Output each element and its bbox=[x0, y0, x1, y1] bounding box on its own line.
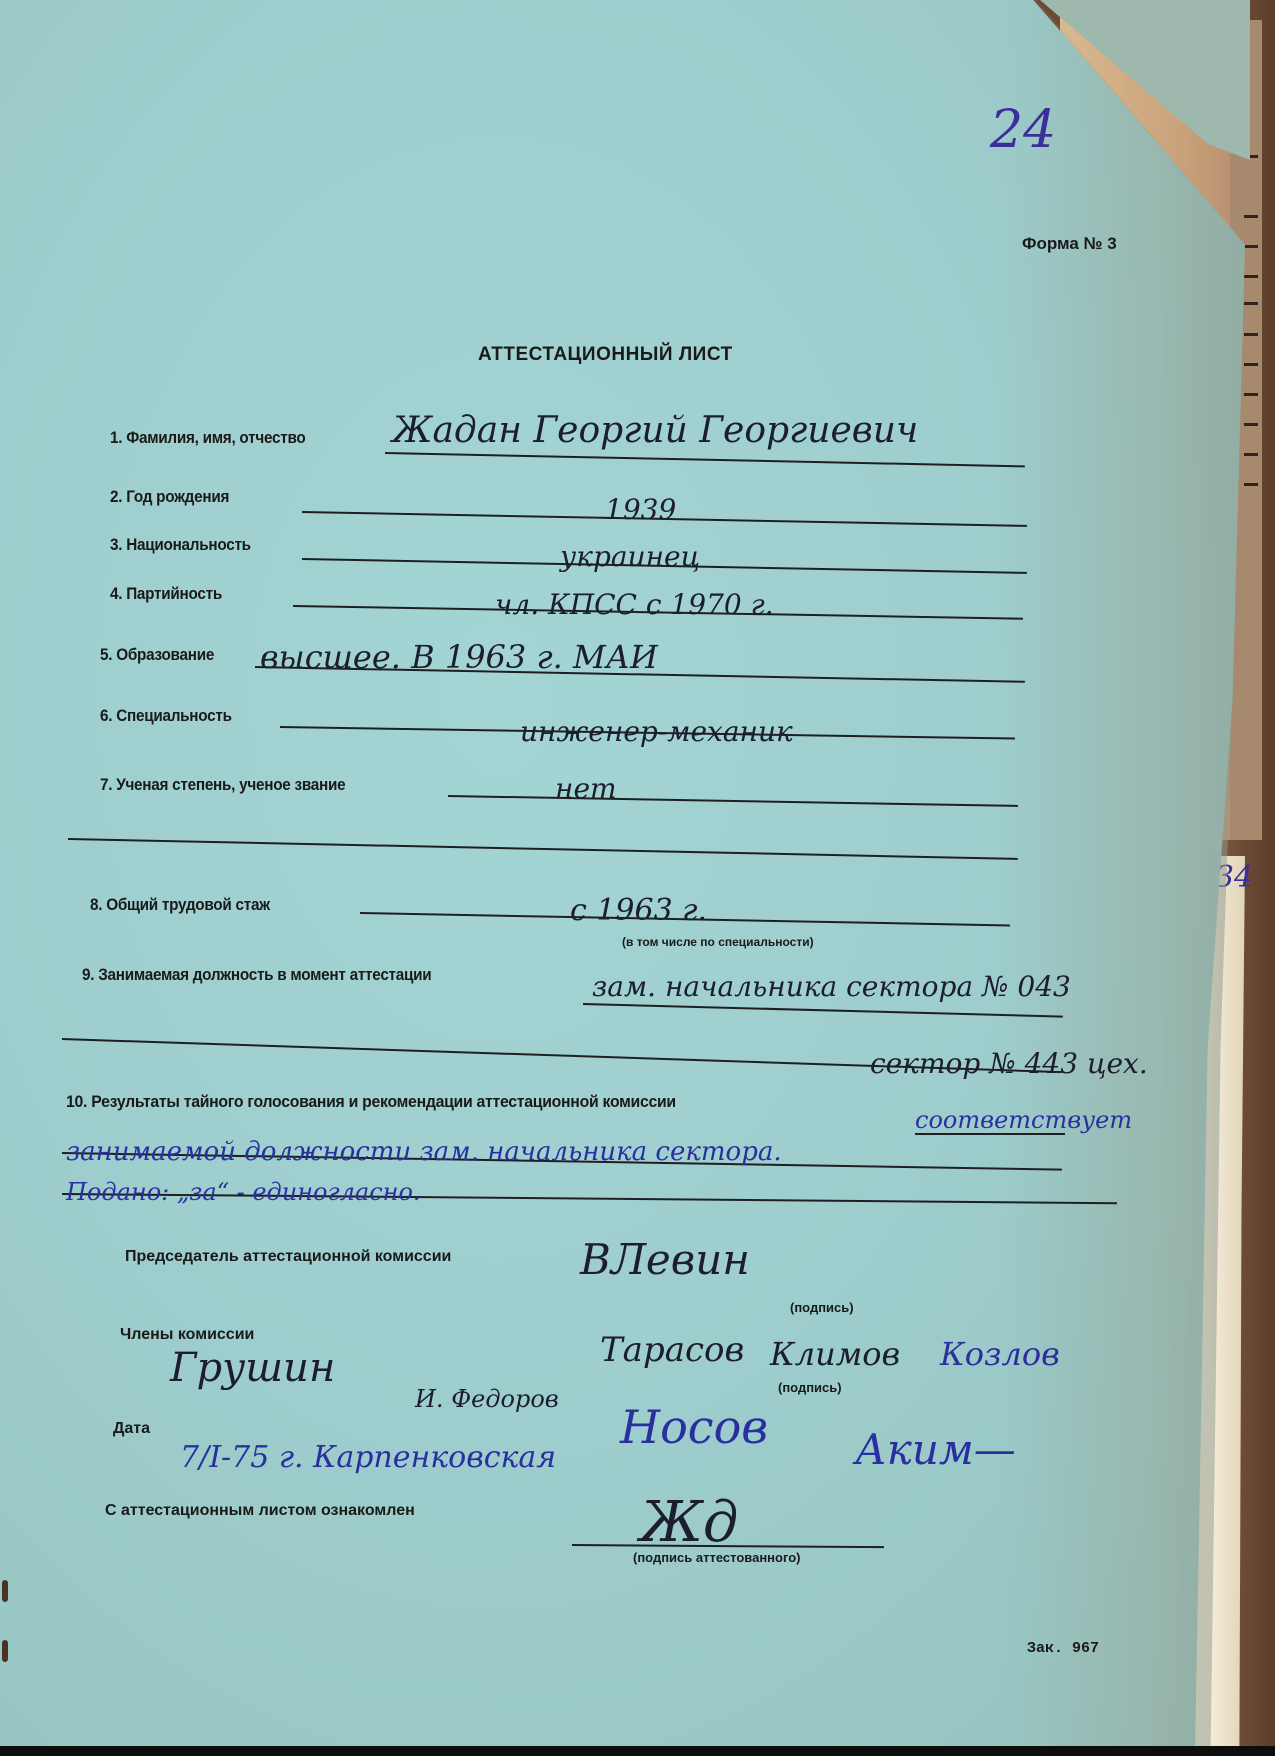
page-tab bbox=[1244, 245, 1258, 248]
field-label-party: 4. Партийность bbox=[110, 584, 222, 604]
binding-staple bbox=[2, 1580, 8, 1602]
chairman-signature-caption: (подпись) bbox=[790, 1300, 854, 1315]
field-value-work-experience[interactable]: с 1963 г. bbox=[570, 893, 707, 928]
field-value-voting-line2[interactable]: занимаемой должности зам. начальника сек… bbox=[66, 1137, 782, 1167]
field-value-specialty[interactable]: инженер-механик bbox=[520, 715, 793, 748]
page-tab bbox=[1244, 302, 1258, 305]
member-signature-6: Носов bbox=[620, 1400, 768, 1454]
form-number: Форма № 3 bbox=[1022, 234, 1117, 254]
acknowledged-signature-caption: (подпись аттестованного) bbox=[633, 1550, 800, 1565]
member-signature-3: Тарасов bbox=[600, 1330, 744, 1370]
members-signature-caption: (подпись) bbox=[778, 1380, 842, 1395]
field-value-birth-year[interactable]: 1939 bbox=[605, 493, 676, 526]
paper-shadow bbox=[1000, 0, 1245, 1746]
field-label-work-experience: 8. Общий трудовой стаж bbox=[90, 895, 270, 915]
page-tab bbox=[1244, 363, 1258, 366]
field-label-birth-year: 2. Год рождения bbox=[110, 487, 229, 507]
date-label: Дата bbox=[113, 1420, 150, 1438]
chairman-label: Председатель аттестационной комиссии bbox=[125, 1248, 451, 1266]
field-value-education[interactable]: высшее. В 1963 г. МАИ bbox=[260, 638, 658, 676]
member-signature-2: И. Федоров bbox=[415, 1385, 559, 1413]
binding-staple bbox=[2, 1640, 8, 1662]
page-tab bbox=[1244, 483, 1258, 486]
page-title: АТТЕСТАЦИОННЫЙ ЛИСТ bbox=[478, 344, 733, 366]
member-signature-7: Аким— bbox=[855, 1425, 1016, 1474]
field-label-degree: 7. Ученая степень, ученое звание bbox=[100, 775, 345, 795]
scan-border bbox=[0, 1746, 1275, 1756]
page-tab bbox=[1244, 333, 1258, 336]
members-label: Члены комиссии bbox=[120, 1326, 254, 1344]
field-value-degree[interactable]: нет bbox=[555, 772, 617, 805]
page-tab bbox=[1244, 393, 1258, 396]
field-label-name: 1. Фамилия, имя, отчество bbox=[110, 428, 305, 448]
field-label-nationality: 3. Национальность bbox=[110, 535, 251, 555]
member-signature-5: Козлов bbox=[940, 1335, 1060, 1373]
page-tab bbox=[1244, 275, 1258, 278]
field-value-position-line2[interactable]: сектор № 443 цех. bbox=[870, 1047, 1148, 1080]
field-sublabel-work-experience: (в том числе по специальности) bbox=[622, 935, 814, 949]
acknowledged-label: С аттестационным листом ознакомлен bbox=[105, 1502, 415, 1520]
page-number: 24 bbox=[990, 100, 1056, 160]
field-label-voting-results: 10. Результаты тайного голосования и рек… bbox=[66, 1092, 676, 1112]
field-value-name[interactable]: Жадан Георгий Георгиевич bbox=[392, 410, 918, 451]
page-tab bbox=[1244, 215, 1258, 218]
field-label-education: 5. Образование bbox=[100, 645, 214, 665]
field-value-position-line1[interactable]: зам. начальника сектора № 043 bbox=[592, 970, 1071, 1003]
field-value-voting-line1[interactable]: соответствует bbox=[915, 1106, 1132, 1134]
field-value-nationality[interactable]: украинец bbox=[560, 540, 700, 573]
page-tab bbox=[1244, 453, 1258, 456]
field-value-party[interactable]: чл. КПСС с 1970 г. bbox=[495, 588, 774, 621]
page-tab bbox=[1244, 423, 1258, 426]
date-value[interactable]: 7/I-75 г. Карпенковская bbox=[180, 1440, 556, 1475]
field-value-voting-line3[interactable]: Подано: „за“ - единогласно. bbox=[66, 1178, 421, 1206]
acknowledged-signature: Жд bbox=[640, 1490, 738, 1555]
field-label-specialty: 6. Специальность bbox=[100, 706, 232, 726]
order-number: Зак. 967 bbox=[1027, 1640, 1099, 1657]
member-signature-1: Грушин bbox=[170, 1345, 335, 1391]
chairman-signature: ВЛевин bbox=[580, 1235, 750, 1284]
field-label-position: 9. Занимаемая должность в момент аттеста… bbox=[82, 965, 431, 985]
member-signature-4: Климов bbox=[770, 1335, 900, 1373]
